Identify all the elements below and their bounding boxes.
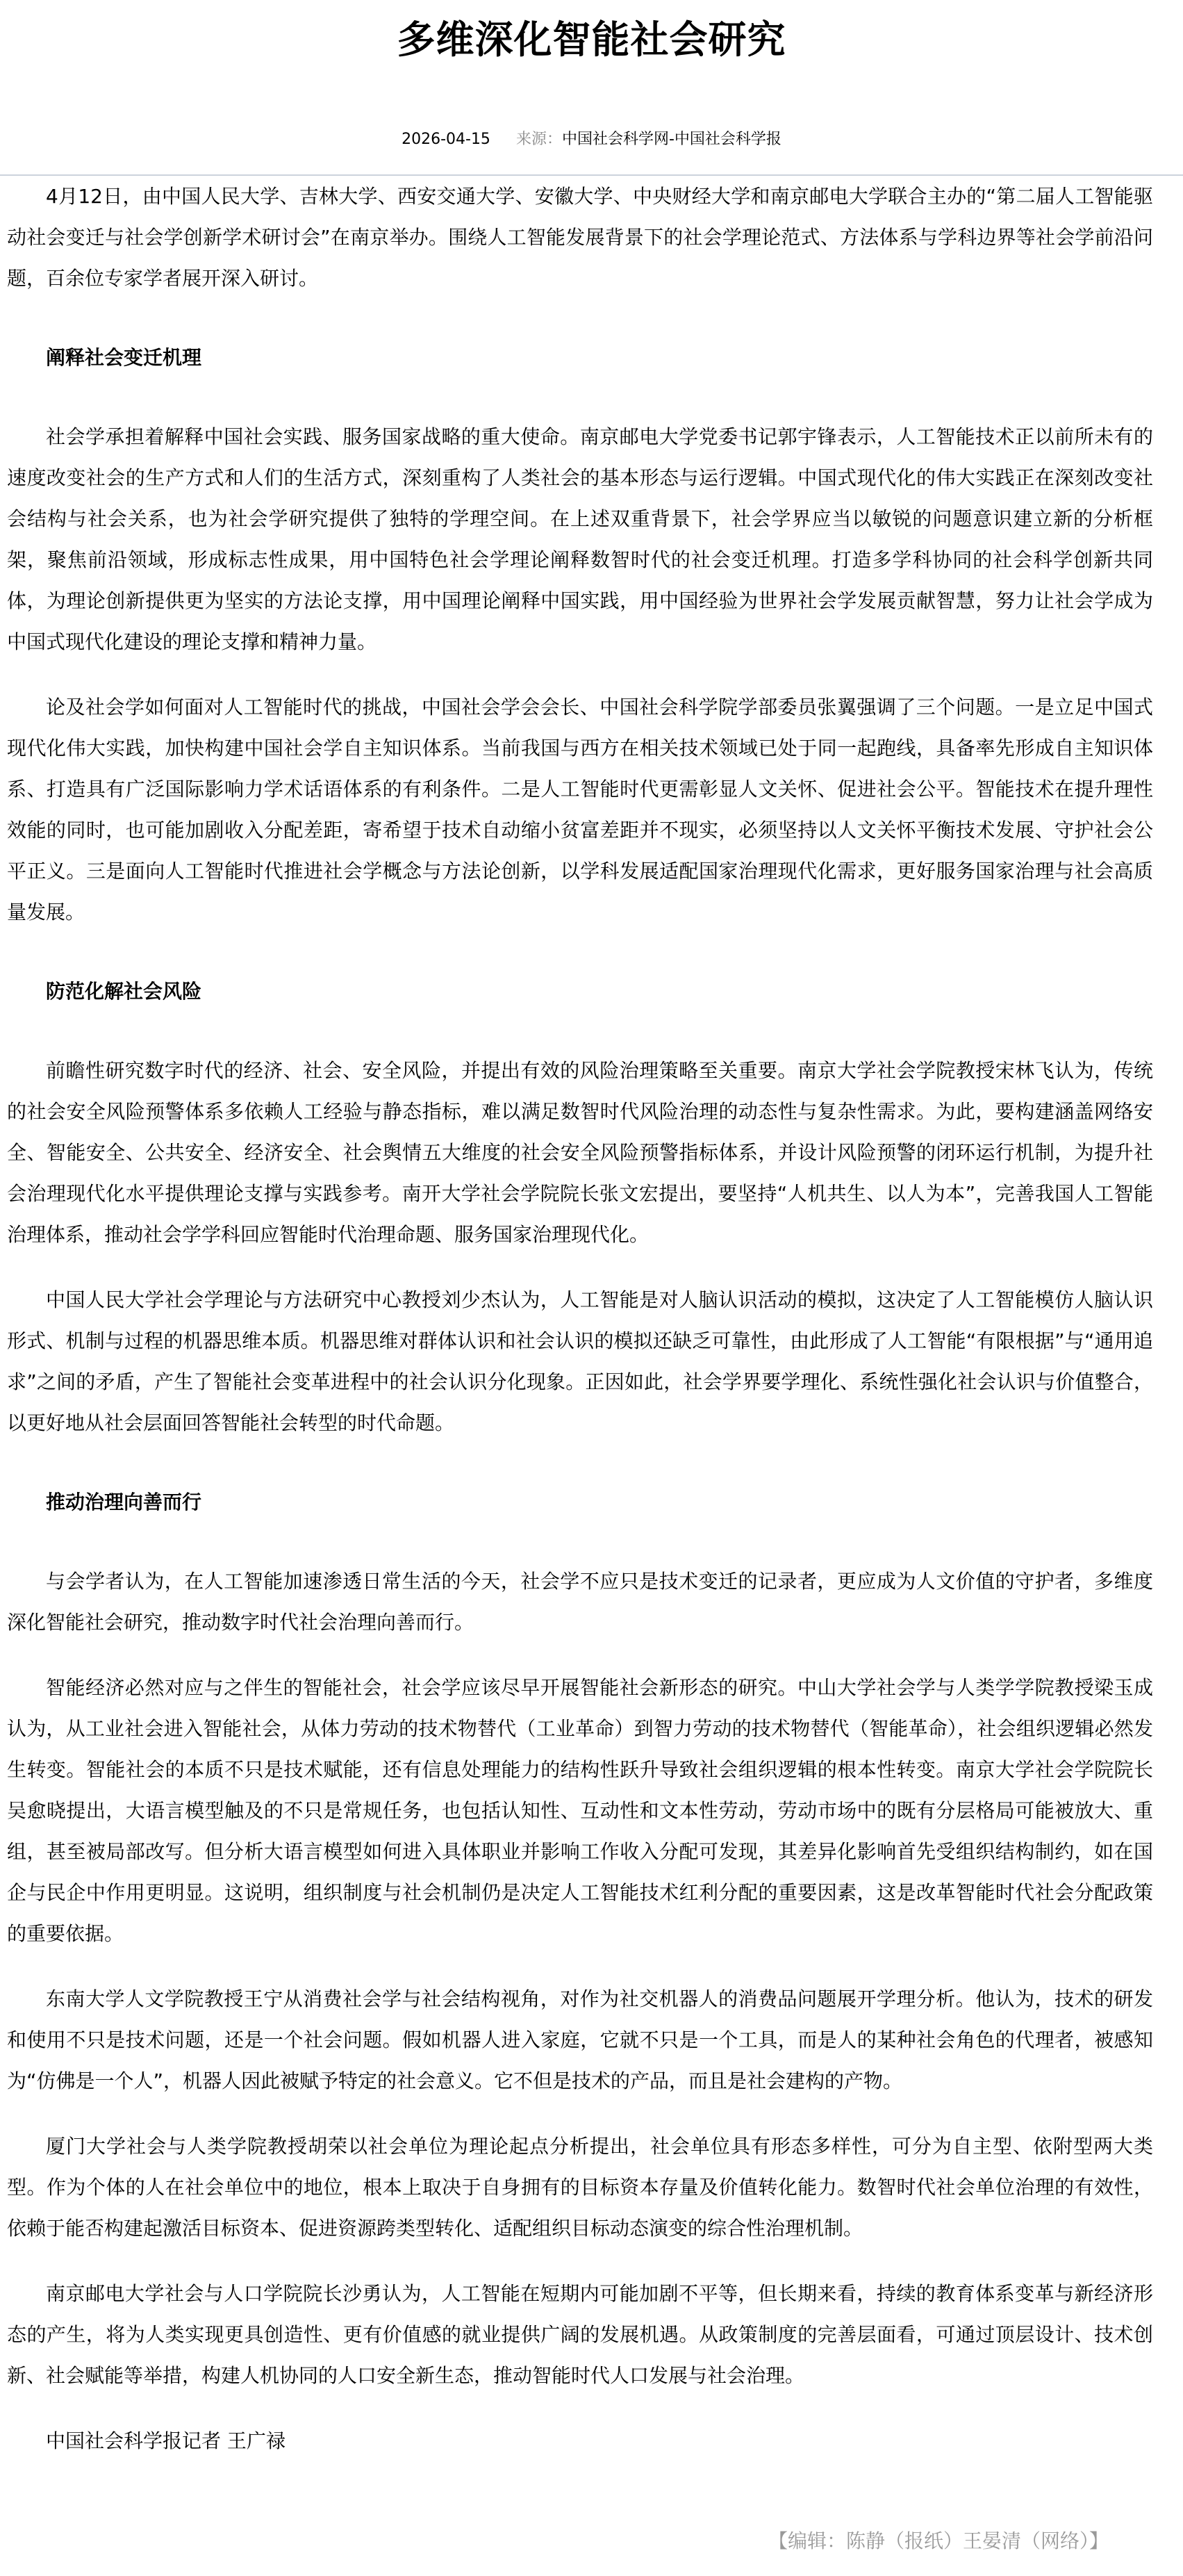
paragraph: 与会学者认为，在人工智能加速渗透日常生活的今天，社会学不应只是技术变迁的记录者，… — [7, 1561, 1153, 1643]
article-meta: 2026-04-15 来源：中国社会科学网-中国社会科学报 — [0, 129, 1183, 150]
section-heading: 防范化解社会风险 — [7, 971, 1153, 1012]
section-heading: 阐释社会变迁机理 — [7, 337, 1153, 378]
paragraph: 前瞻性研究数字时代的经济、社会、安全风险，并提出有效的风险治理策略至关重要。南京… — [7, 1050, 1153, 1255]
editor-note: 【编辑：陈静（报纸）王晏清（网络）】 — [7, 2527, 1153, 2555]
paragraph: 论及社会学如何面对人工智能时代的挑战，中国社会学会会长、中国社会科学院学部委员张… — [7, 687, 1153, 933]
intro-paragraph: 4月12日，由中国人民大学、吉林大学、西安交通大学、安徽大学、中央财经大学和南京… — [7, 176, 1153, 299]
paragraph: 东南大学人文学院教授王宁从消费社会学与社会结构视角，对作为社交机器人的消费品问题… — [7, 1978, 1153, 2101]
publish-date: 2026-04-15 — [402, 131, 490, 148]
paragraph: 厦门大学社会与人类学院教授胡荣以社会单位为理论起点分析提出，社会单位具有形态多样… — [7, 2126, 1153, 2249]
section-heading: 推动治理向善而行 — [7, 1482, 1153, 1523]
article-title: 多维深化智能社会研究 — [0, 15, 1183, 64]
paragraph: 社会学承担着解释中国社会实践、服务国家战略的重大使命。南京邮电大学党委书记郭宇锋… — [7, 416, 1153, 662]
paragraph: 南京邮电大学社会与人口学院院长沙勇认为，人工智能在短期内可能加剧不平等，但长期来… — [7, 2273, 1153, 2396]
source-label: 来源： — [516, 131, 562, 148]
paragraph: 智能经济必然对应与之伴生的智能社会，社会学应该尽早开展智能社会新形态的研究。中山… — [7, 1667, 1153, 1954]
paragraph: 中国人民大学社会学理论与方法研究中心教授刘少杰认为，人工智能是对人脑认识活动的模… — [7, 1279, 1153, 1443]
article-body: 4月12日，由中国人民大学、吉林大学、西安交通大学、安徽大学、中央财经大学和南京… — [0, 176, 1183, 2576]
byline: 中国社会科学报记者 王广禄 — [7, 2420, 1153, 2461]
source-value: 中国社会科学网-中国社会科学报 — [562, 131, 781, 148]
article-header: 多维深化智能社会研究 2026-04-15 来源：中国社会科学网-中国社会科学报 — [0, 0, 1183, 176]
